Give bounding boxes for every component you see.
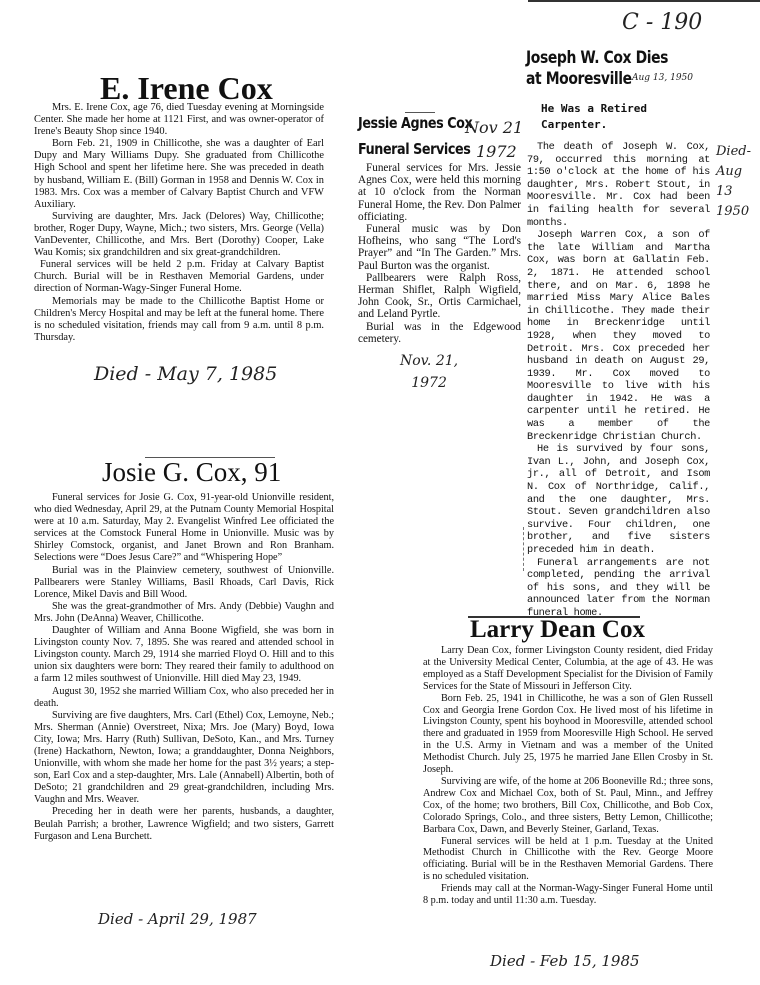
paragraph: Burial was in the Plainview cemetery, so…: [34, 565, 334, 601]
subtitle-line: He Was a Retired: [541, 101, 647, 117]
paragraph: Funeral music was by Don Hofheins, who s…: [358, 223, 521, 272]
obituary-body: Larry Dean Cox, former Livingston County…: [423, 645, 713, 907]
divider: [405, 112, 435, 113]
handwritten-date: Aug 13, 1950: [632, 73, 693, 83]
paragraph: Born Feb. 25, 1941 in Chillicothe, he wa…: [423, 693, 713, 776]
handwritten-year: 1972: [476, 142, 517, 161]
clipping-edge: [528, 0, 760, 2]
handwritten-line: 1972: [400, 372, 458, 394]
handwritten-line: Died-: [716, 142, 760, 162]
paragraph: Surviving are daughter, Mrs. Jack (Delor…: [34, 211, 324, 259]
catalog-number: C - 190: [622, 10, 702, 35]
paragraph: Funeral services will be held 2 p.m. Fri…: [34, 259, 324, 295]
paragraph: Pallbearers were Ralph Ross, Herman Shif…: [358, 272, 521, 321]
paragraph: The death of Joseph W. Cox, 79, occurred…: [527, 141, 710, 229]
obituary-body: The death of Joseph W. Cox, 79, occurred…: [527, 141, 710, 620]
paragraph: Joseph Warren Cox, a son of the late Wil…: [527, 229, 710, 443]
handwritten-line: 1950: [716, 202, 760, 222]
obituary-title: Josie G. Cox, 91: [102, 457, 281, 488]
subtitle-line: Carpenter.: [541, 117, 647, 133]
paragraph: Funeral services will be held at 1 p.m. …: [423, 836, 713, 884]
paragraph: Preceding her in death were her parents,…: [34, 806, 334, 842]
paragraph: Born Feb. 21, 1909 in Chillicothe, she w…: [34, 138, 324, 211]
obituary-title: Joseph W. Cox Dies at Mooresville: [526, 48, 668, 90]
obituary-title: Larry Dean Cox: [470, 616, 645, 644]
paragraph: Friends may call at the Norman-Wagy-Sing…: [423, 883, 713, 907]
paragraph: She was the great-grandmother of Mrs. An…: [34, 601, 334, 625]
paragraph: Funeral services for Josie G. Cox, 91-ye…: [34, 492, 334, 565]
paragraph: Memorials may be made to the Chillicothe…: [34, 296, 324, 344]
obituary-subtitle: Funeral Services: [358, 140, 470, 158]
paragraph: Surviving are wife, of the home at 206 B…: [423, 776, 713, 836]
handwritten-line: Nov. 21,: [400, 350, 458, 372]
clipping-edge: [523, 527, 525, 571]
handwritten-death-date: Died - May 7, 1985: [94, 363, 277, 385]
handwritten-death-date: Died - April 29, 1987: [98, 910, 257, 928]
paragraph: Daughter of William and Anna Boone Wigfi…: [34, 625, 334, 685]
handwritten-line: Aug 13: [716, 162, 760, 202]
handwritten-death-date: Died- Aug 13 1950: [716, 142, 760, 222]
handwritten-date: Nov 21: [465, 118, 523, 137]
paragraph: Surviving are five daughters, Mrs. Carl …: [34, 710, 334, 807]
paragraph: Burial was in the Edgewood cemetery.: [358, 321, 521, 345]
paragraph: Funeral services for Mrs. Jessie Agnes C…: [358, 162, 521, 223]
obituary-body: Funeral services for Josie G. Cox, 91-ye…: [34, 492, 334, 843]
obituary-title: Jessie Agnes Cox: [358, 114, 472, 132]
obituary-body: Funeral services for Mrs. Jessie Agnes C…: [358, 162, 521, 345]
handwritten-death-date: Nov. 21, 1972: [400, 350, 458, 394]
handwritten-death-date: Died - Feb 15, 1985: [490, 952, 640, 970]
paragraph: Mrs. E. Irene Cox, age 76, died Tuesday …: [34, 102, 324, 138]
obituary-body: Mrs. E. Irene Cox, age 76, died Tuesday …: [34, 102, 324, 344]
title-line: Joseph W. Cox Dies: [526, 48, 668, 69]
paragraph: He is survived by four sons, Ivan L., Jo…: [527, 443, 710, 556]
obituary-subtitle: He Was a Retired Carpenter.: [541, 101, 647, 133]
paragraph: August 30, 1952 she married William Cox,…: [34, 686, 334, 710]
paragraph: Funeral arrangements are not completed, …: [527, 557, 710, 620]
paragraph: Larry Dean Cox, former Livingston County…: [423, 645, 713, 693]
